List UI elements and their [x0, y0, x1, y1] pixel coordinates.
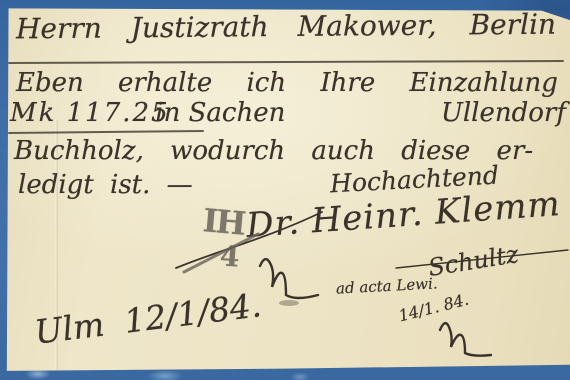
body-line-4: ledigt ist. —	[18, 172, 193, 198]
ruled-line	[8, 60, 564, 64]
postcard: Herrn Justizrath Makower, Berlin Eben er…	[0, 0, 570, 380]
body-line-2: Mk 117.25 in Sachen Ullendorf	[10, 100, 566, 126]
ink-smudge	[279, 300, 299, 306]
pencil-mark-top: IH	[202, 204, 246, 239]
signature: Dr. Heinr. Klemm	[245, 187, 562, 243]
amount-text: Mk 117.25	[10, 100, 170, 126]
filing-note: ad acta Lewi.	[336, 276, 438, 296]
amount-underline	[8, 130, 204, 134]
address-city: Berlin	[469, 11, 556, 40]
address-recipient: Herrn Justizrath Makower,	[16, 12, 437, 44]
case-name: Ullendorf	[441, 100, 566, 126]
body-line-1: Eben erhalte ich Ihre Einzahlung	[16, 70, 566, 96]
pencil-mark-bottom: 4	[219, 242, 240, 271]
scanned-postcard-photo: Herrn Justizrath Makower, Berlin Eben er…	[0, 0, 570, 380]
countersignature: Schultz	[427, 242, 520, 280]
paraph-squiggle-middle	[260, 259, 318, 298]
address-line: Herrn Justizrath Makower, Berlin	[16, 11, 556, 44]
dateline: Ulm 12/1/84.	[33, 288, 263, 349]
filing-date: 14/1. 84.	[397, 292, 470, 325]
body-line-3: Buchholz, wodurch auch diese er-	[14, 138, 566, 164]
paraph-squiggle-bottom-right	[440, 323, 491, 356]
body-line-2-mid: in Sachen	[155, 100, 285, 126]
